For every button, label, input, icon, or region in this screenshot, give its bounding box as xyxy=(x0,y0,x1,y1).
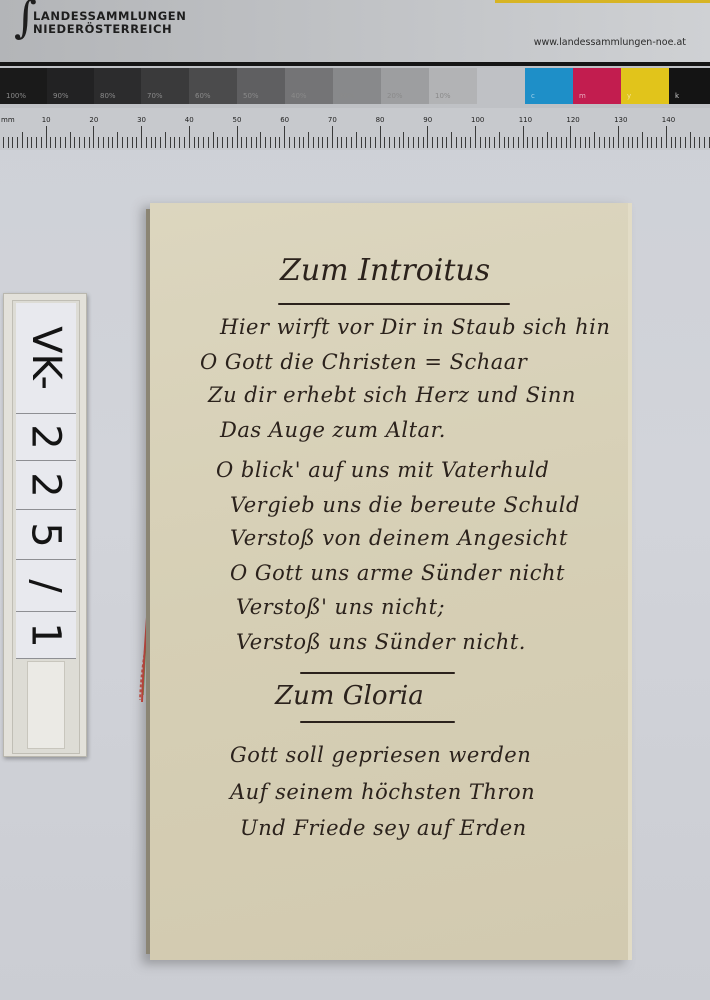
ruler-tick xyxy=(89,137,90,148)
ruler-tick xyxy=(98,137,99,148)
ruler-tick xyxy=(84,137,85,148)
ruler-tick xyxy=(699,137,700,148)
ruler-tick xyxy=(465,137,466,148)
yellow-strip xyxy=(495,0,710,3)
ruler-tick xyxy=(270,137,271,148)
magenta-patch: m xyxy=(573,68,621,104)
label-tile: 2 xyxy=(16,461,76,510)
yellow-patch: y xyxy=(621,68,669,104)
ruler-tick xyxy=(256,137,257,148)
ruler-tick xyxy=(389,137,390,148)
ruler-tick xyxy=(656,137,657,148)
ruler-label: 40 xyxy=(185,116,194,124)
label-text: 2 xyxy=(26,472,66,497)
ruler-tick xyxy=(155,137,156,148)
ruler-label: 110 xyxy=(519,116,532,124)
ruler-tick xyxy=(523,126,524,148)
ruler-tick xyxy=(494,137,495,148)
label-tile: 1 xyxy=(16,612,76,659)
cyan-patch: c xyxy=(525,68,573,104)
divider xyxy=(0,62,710,66)
ruler-tick xyxy=(632,137,633,148)
ruler-tick xyxy=(423,137,424,148)
ruler-tick xyxy=(704,137,705,148)
ruler-tick xyxy=(227,137,228,148)
ruler-tick xyxy=(508,137,509,148)
ruler-label: 60 xyxy=(280,116,289,124)
patch-label: m xyxy=(579,92,586,100)
ruler-tick xyxy=(499,132,500,148)
ruler-tick xyxy=(489,137,490,148)
ruler-tick xyxy=(318,137,319,148)
ruler-tick xyxy=(275,137,276,148)
institution-url: www.landessammlungen-noe.at xyxy=(534,37,686,48)
ruler-label: 30 xyxy=(137,116,146,124)
ruler-tick xyxy=(485,137,486,148)
ruler-tick xyxy=(651,137,652,148)
ruler-tick xyxy=(174,137,175,148)
ruler-tick xyxy=(642,132,643,148)
ruler-tick xyxy=(351,137,352,148)
ruler-tick xyxy=(547,132,548,148)
ruler-tick xyxy=(103,137,104,148)
ruler-tick xyxy=(31,137,32,148)
ruler-tick xyxy=(127,137,128,148)
ruler-tick xyxy=(566,137,567,148)
ruler-tick xyxy=(446,137,447,148)
ruler-tick xyxy=(599,137,600,148)
ruler-tick xyxy=(537,137,538,148)
ruler-tick xyxy=(370,137,371,148)
patch-label: 70% xyxy=(147,92,163,100)
manuscript-line: Auf seinem höchsten Thron xyxy=(230,780,535,804)
patch-label: y xyxy=(627,92,631,100)
ruler-tick xyxy=(327,137,328,148)
ruler-tick xyxy=(237,126,238,148)
ruler-tick xyxy=(74,137,75,148)
manuscript-line: Und Friede sey auf Erden xyxy=(240,816,527,840)
label-tile: 5 xyxy=(16,510,76,560)
logo-line-2: NIEDERÖSTERREICH xyxy=(33,23,187,36)
ruler-tick xyxy=(203,137,204,148)
patch-label: 100% xyxy=(6,92,26,100)
empty-slot xyxy=(27,661,65,749)
ruler-tick xyxy=(532,137,533,148)
ruler-tick xyxy=(623,137,624,148)
patch-label: 90% xyxy=(53,92,69,100)
ruler-tick xyxy=(361,137,362,148)
ruler-tick xyxy=(356,132,357,148)
ruler-label: 20 xyxy=(89,116,98,124)
ruler-tick xyxy=(70,132,71,148)
patch-label: 40% xyxy=(291,92,307,100)
manuscript-line: Gott soll gepriesen werden xyxy=(230,743,531,767)
heading-underline xyxy=(278,303,510,305)
patch-label: k xyxy=(675,92,679,100)
gray-patch: 50% xyxy=(237,68,285,104)
ruler-tick xyxy=(341,137,342,148)
ruler-tick xyxy=(36,137,37,148)
patch-label: c xyxy=(531,92,535,100)
ruler-tick xyxy=(690,132,691,148)
ruler-tick xyxy=(461,137,462,148)
ruler-tick xyxy=(470,137,471,148)
manuscript-line: O blick' auf uns mit Vaterhuld xyxy=(216,458,549,482)
ruler-tick xyxy=(189,126,190,148)
ruler-tick xyxy=(93,126,94,148)
ruler-tick xyxy=(198,137,199,148)
ruler-tick xyxy=(141,126,142,148)
color-reference-card: ∫ LANDESSAMMLUNGEN NIEDERÖSTERREICH www.… xyxy=(0,0,710,150)
ruler-tick xyxy=(136,137,137,148)
ruler-tick xyxy=(132,137,133,148)
ruler-tick xyxy=(432,137,433,148)
section-divider xyxy=(300,672,455,674)
manuscript-line: Verstoß uns Sünder nicht. xyxy=(236,630,526,654)
ruler-tick xyxy=(194,137,195,148)
ruler-label: 70 xyxy=(328,116,337,124)
ruler-tick xyxy=(108,137,109,148)
ruler-tick xyxy=(346,137,347,148)
ruler-tick xyxy=(613,137,614,148)
ruler-label: 100 xyxy=(471,116,484,124)
ruler-tick xyxy=(41,137,42,148)
ruler-tick xyxy=(661,137,662,148)
ruler-tick xyxy=(46,126,47,148)
manuscript-line: Verstoß' uns nicht; xyxy=(236,595,445,619)
ruler-tick xyxy=(117,132,118,148)
ruler-tick xyxy=(580,137,581,148)
gray-patch: 30% xyxy=(333,68,381,104)
ruler-tick xyxy=(618,126,619,148)
ruler-tick xyxy=(694,137,695,148)
ruler-label: 90 xyxy=(423,116,432,124)
manuscript-line: Verstoß von deinem Angesicht xyxy=(230,526,568,550)
ruler-tick xyxy=(151,137,152,148)
ruler-tick xyxy=(22,132,23,148)
ruler-tick xyxy=(146,137,147,148)
gray-patch: 40% xyxy=(285,68,333,104)
ruler-tick xyxy=(232,137,233,148)
ruler-tick xyxy=(308,132,309,148)
manuscript-line: Zu dir erhebt sich Herz und Sinn xyxy=(208,383,576,407)
ruler-tick xyxy=(294,137,295,148)
ruler-tick xyxy=(413,137,414,148)
ruler-tick xyxy=(456,137,457,148)
ruler-tick xyxy=(375,137,376,148)
gray-patch: 70% xyxy=(141,68,189,104)
ruler-tick xyxy=(303,137,304,148)
manuscript-page: Zum Introitus Hier wirft vor Dir in Stau… xyxy=(150,203,632,960)
ruler-tick xyxy=(399,137,400,148)
ruler-label: 120 xyxy=(566,116,579,124)
ruler-tick xyxy=(55,137,56,148)
ruler-tick xyxy=(322,137,323,148)
ruler-tick xyxy=(666,126,667,148)
ruler-tick xyxy=(365,137,366,148)
heading-gloria: Zum Gloria xyxy=(275,681,424,711)
label-text: 1 xyxy=(26,622,66,647)
ruler-tick xyxy=(65,137,66,148)
ruler-label: 80 xyxy=(376,116,385,124)
ruler-tick xyxy=(427,126,428,148)
ruler-tick xyxy=(585,137,586,148)
ruler-tick xyxy=(451,132,452,148)
gray-patch: 60% xyxy=(189,68,237,104)
ruler-tick xyxy=(222,137,223,148)
label-text: 5 xyxy=(26,522,66,547)
ruler-tick xyxy=(122,137,123,148)
gray-patch: 10% xyxy=(429,68,477,104)
ruler-tick xyxy=(551,137,552,148)
ruler-tick xyxy=(60,137,61,148)
ruler-tick xyxy=(513,137,514,148)
label-text: VK- xyxy=(26,326,66,390)
gray-patch: 80% xyxy=(94,68,141,104)
ruler-tick xyxy=(575,137,576,148)
ruler-tick xyxy=(112,137,113,148)
ruler-label: 10 xyxy=(42,116,51,124)
ruler-tick xyxy=(685,137,686,148)
label-text: / xyxy=(26,579,66,592)
ruler-tick xyxy=(27,137,28,148)
ruler-label: 130 xyxy=(614,116,627,124)
ruler-tick xyxy=(675,137,676,148)
ruler-tick xyxy=(79,137,80,148)
inventory-label-holder: VK- 2 2 5 / 1 xyxy=(3,293,87,757)
ruler-tick xyxy=(279,137,280,148)
black-patch: k xyxy=(669,68,710,104)
label-text: 2 xyxy=(26,424,66,449)
ruler-tick xyxy=(647,137,648,148)
ruler-tick xyxy=(241,137,242,148)
manuscript-line: O Gott die Christen = Schaar xyxy=(200,350,527,374)
gray-patch: 100% xyxy=(0,68,47,104)
ruler-tick xyxy=(313,137,314,148)
ruler-tick xyxy=(179,137,180,148)
ruler-tick xyxy=(337,137,338,148)
ruler-tick xyxy=(289,137,290,148)
ruler-tick xyxy=(671,137,672,148)
ruler-tick xyxy=(165,132,166,148)
heading-introitus: Zum Introitus xyxy=(280,253,490,288)
manuscript-line: Das Auge zum Altar. xyxy=(220,418,446,442)
ruler-tick xyxy=(380,126,381,148)
ruler-tick xyxy=(3,137,4,148)
ruler-tick xyxy=(213,132,214,148)
ruler-tick xyxy=(217,137,218,148)
ruler-tick xyxy=(408,137,409,148)
patch-label: 80% xyxy=(100,92,116,100)
ruler-tick xyxy=(403,132,404,148)
ruler-tick xyxy=(604,137,605,148)
ruler-tick xyxy=(17,137,18,148)
ruler-tick xyxy=(160,137,161,148)
manuscript-line: Hier wirft vor Dir in Staub sich hin xyxy=(220,315,610,339)
label-frame: VK- 2 2 5 / 1 xyxy=(12,300,80,754)
ruler-tick xyxy=(680,137,681,148)
ruler-tick xyxy=(561,137,562,148)
ruler-tick xyxy=(246,137,247,148)
ruler-tick xyxy=(480,137,481,148)
gray-patch: 20% xyxy=(381,68,429,104)
ruler-tick xyxy=(12,137,13,148)
patch-label: 60% xyxy=(195,92,211,100)
patch-label: 20% xyxy=(387,92,403,100)
ruler-tick xyxy=(518,137,519,148)
ruler-tick xyxy=(394,137,395,148)
ruler-tick xyxy=(589,137,590,148)
ruler-tick xyxy=(8,137,9,148)
ruler-tick xyxy=(299,137,300,148)
ruler-tick xyxy=(184,137,185,148)
label-tile: 2 xyxy=(16,414,76,461)
ruler-tick xyxy=(50,137,51,148)
ruler-tick xyxy=(260,132,261,148)
patch-label: 50% xyxy=(243,92,259,100)
ruler-tick xyxy=(251,137,252,148)
institution-logo: LANDESSAMMLUNGEN NIEDERÖSTERREICH xyxy=(33,10,187,36)
gray-patch: 90% xyxy=(47,68,94,104)
color-patch-strip: 100% 90% 80% 70% 60% 50% 40% 30% 20% 10%… xyxy=(0,68,710,108)
ruler-tick xyxy=(208,137,209,148)
ruler-tick xyxy=(265,137,266,148)
manuscript-line: O Gott uns arme Sünder nicht xyxy=(230,561,565,585)
ruler-unit: mm xyxy=(1,116,15,124)
ruler-tick xyxy=(594,132,595,148)
page-edge xyxy=(146,209,150,954)
patch-label: 10% xyxy=(435,92,451,100)
ruler-tick xyxy=(384,137,385,148)
patch-label: 30% xyxy=(339,92,355,100)
ruler-tick xyxy=(609,137,610,148)
label-tile: VK- xyxy=(16,303,76,414)
ruler-tick xyxy=(527,137,528,148)
ruler-label: 50 xyxy=(233,116,242,124)
ruler-tick xyxy=(332,126,333,148)
mm-ruler: mm 102030405060708090100110120130140 xyxy=(0,108,710,150)
ruler-tick xyxy=(504,137,505,148)
ruler-tick xyxy=(556,137,557,148)
heading-underline xyxy=(300,721,455,723)
ruler-tick xyxy=(637,137,638,148)
ruler-tick xyxy=(542,137,543,148)
manuscript-line: Vergieb uns die bereute Schuld xyxy=(230,493,580,517)
ruler-tick xyxy=(170,137,171,148)
ruler-tick xyxy=(284,126,285,148)
ruler-tick xyxy=(628,137,629,148)
ruler-tick xyxy=(418,137,419,148)
ruler-tick xyxy=(437,137,438,148)
ruler-tick xyxy=(570,126,571,148)
ruler-tick xyxy=(475,126,476,148)
ruler-label: 140 xyxy=(662,116,675,124)
label-tile: / xyxy=(16,560,76,612)
ruler-tick xyxy=(442,137,443,148)
